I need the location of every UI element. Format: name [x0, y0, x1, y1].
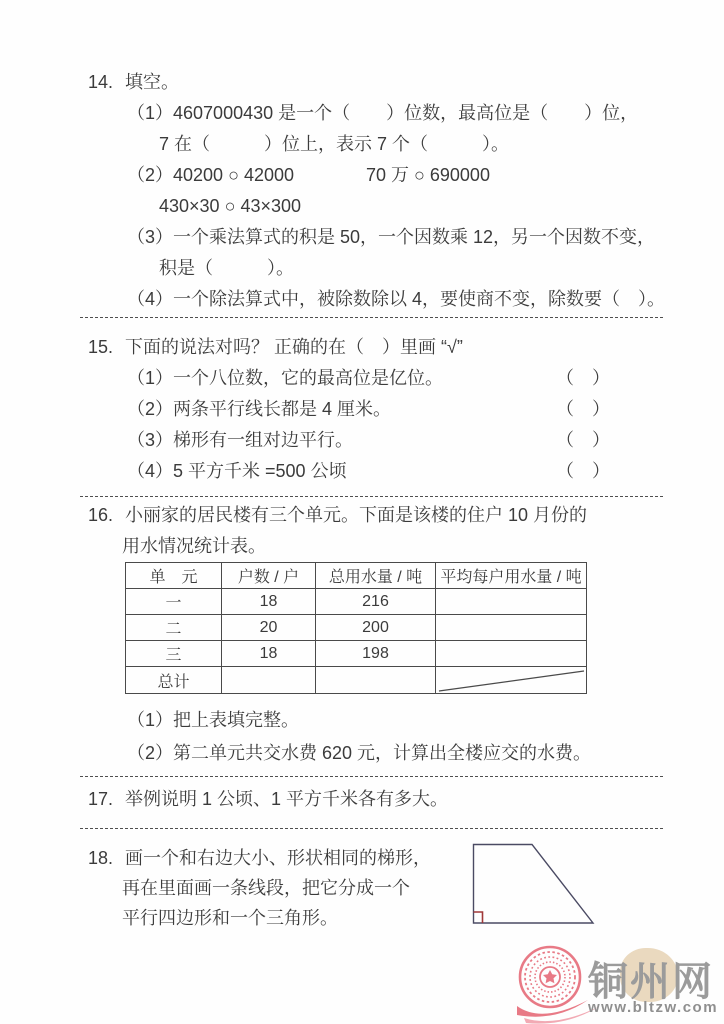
answer-parens: （ ） — [556, 425, 610, 456]
table-header-cell: 总用水量 / 吨 — [316, 563, 436, 589]
q14-line-4: 430×30 ○ 43×300 — [88, 191, 673, 222]
table-header-cell: 户数 / 户 — [222, 563, 316, 589]
question-16: 16. 小丽家的居民楼有三个单元。下面是该楼的住户 10 月份的 用水情况统计表… — [88, 500, 673, 562]
diagonal-line — [436, 667, 586, 693]
q15-item-2: （2）两条平行线长都是 4 厘米。 （ ） — [88, 394, 610, 425]
q14-line-2: 7 在（ ）位上，表示 7 个（ ）。 — [88, 129, 673, 160]
watermark-site-url: www.bltzw.com — [588, 999, 718, 1016]
q18-line-2: 再在里面画一条线段，把它分成一个 — [88, 873, 468, 903]
table-header-cell: 单 元 — [126, 563, 222, 589]
question-title: 举例说明 1 公顷、1 平方千米各有多大。 — [125, 789, 448, 809]
q14-line-3: （2）40200 ○ 42000 70 万 ○ 690000 — [88, 160, 673, 191]
q14-line-5: （3）一个乘法算式的积是 50，一个因数乘 12，另一个因数不变， — [88, 222, 673, 253]
question-15: 15. 下面的说法对吗？ 正确的在（ ）里画 “√” （1）一个八位数，它的最高… — [88, 332, 610, 487]
dotted-divider — [80, 317, 663, 318]
table-cell: 二 — [126, 615, 222, 641]
q15-item-3: （3）梯形有一组对边平行。 （ ） — [88, 425, 610, 456]
table-cell: 一 — [126, 589, 222, 615]
question-title: 填空。 — [125, 72, 179, 92]
question-16-title-line: 16. 小丽家的居民楼有三个单元。下面是该楼的住户 10 月份的 — [88, 500, 673, 531]
worksheet-page: 14. 填空。 （1）4607000430 是一个（ ）位数，最高位是（ ）位，… — [0, 0, 724, 1024]
table-cell: 200 — [316, 615, 436, 641]
answer-parens: （ ） — [556, 394, 610, 425]
answer-parens: （ ） — [556, 456, 610, 487]
question-intro-2: 用水情况统计表。 — [88, 531, 673, 562]
right-angle-mark — [474, 912, 483, 923]
table-cell: 20 — [222, 615, 316, 641]
trapezoid-icon — [472, 843, 596, 927]
table-header-cell: 平均每户用水量 / 吨 — [436, 563, 587, 589]
q16-sub-2: （2）第二单元共交水费 620 元，计算出全楼应交的水费。 — [127, 737, 591, 770]
question-18-title-line: 18. 画一个和右边大小、形状相同的梯形， — [88, 843, 468, 873]
question-intro-1: 小丽家的居民楼有三个单元。下面是该楼的住户 10 月份的 — [125, 505, 587, 525]
q14-line-6: 积是（ ）。 — [88, 253, 673, 284]
table-cell: 18 — [222, 589, 316, 615]
question-17: 17. 举例说明 1 公顷、1 平方千米各有多大。 — [88, 784, 673, 815]
question-16-subitems: （1）把上表填完整。 （2）第二单元共交水费 620 元，计算出全楼应交的水费。 — [127, 704, 591, 770]
trapezoid-figure — [472, 843, 596, 932]
question-14: 14. 填空。 （1）4607000430 是一个（ ）位数，最高位是（ ）位，… — [88, 67, 673, 315]
diagonal-strike-cell — [436, 667, 587, 694]
q15-item-1: （1）一个八位数，它的最高位是亿位。 （ ） — [88, 363, 610, 394]
statement: （4）5 平方千米 =500 公顷 — [127, 456, 556, 487]
question-18: 18. 画一个和右边大小、形状相同的梯形， 再在里面画一条线段，把它分成一个 平… — [88, 843, 468, 933]
q18-line-1: 画一个和右边大小、形状相同的梯形， — [125, 848, 431, 868]
question-number: 18. — [88, 843, 113, 873]
answer-parens: （ ） — [556, 363, 610, 394]
question-15-title-line: 15. 下面的说法对吗？ 正确的在（ ）里画 “√” — [88, 332, 610, 363]
q18-line-3: 平行四边形和一个三角形。 — [88, 903, 468, 933]
table-cell-blank — [222, 667, 316, 694]
q16-sub-1: （1）把上表填完整。 — [127, 704, 591, 737]
q14-line-1: （1）4607000430 是一个（ ）位数，最高位是（ ）位， — [88, 98, 673, 129]
question-number: 14. — [88, 67, 113, 98]
question-number: 17. — [88, 784, 113, 815]
water-usage-table: 单 元 户数 / 户 总用水量 / 吨 平均每户用水量 / 吨 一 18 216… — [125, 562, 587, 694]
table-cell-blank — [436, 641, 587, 667]
question-number: 16. — [88, 500, 113, 531]
table-cell: 216 — [316, 589, 436, 615]
table-header-row: 单 元 户数 / 户 总用水量 / 吨 平均每户用水量 / 吨 — [126, 563, 587, 589]
seal-flower — [543, 970, 557, 983]
dotted-divider — [80, 496, 663, 497]
question-17-title-line: 17. 举例说明 1 公顷、1 平方千米各有多大。 — [88, 784, 673, 815]
question-number: 15. — [88, 332, 113, 363]
table-row: 三 18 198 — [126, 641, 587, 667]
q15-item-4: （4）5 平方千米 =500 公顷 （ ） — [88, 456, 610, 487]
statement: （1）一个八位数，它的最高位是亿位。 — [127, 363, 556, 394]
question-title: 下面的说法对吗？ 正确的在（ ）里画 “√” — [125, 337, 463, 357]
dotted-divider — [80, 828, 663, 829]
statement: （3）梯形有一组对边平行。 — [127, 425, 556, 456]
table-row: 二 20 200 — [126, 615, 587, 641]
q14-line-7: （4）一个除法算式中，被除数除以 4，要使商不变，除数要（ ）。 — [88, 284, 673, 315]
statement: （2）两条平行线长都是 4 厘米。 — [127, 394, 556, 425]
table-cell: 总计 — [126, 667, 222, 694]
table-cell: 三 — [126, 641, 222, 667]
table-row-totals: 总计 — [126, 667, 587, 694]
table-cell-blank — [436, 589, 587, 615]
table-cell-blank — [316, 667, 436, 694]
table-cell-blank — [436, 615, 587, 641]
question-14-title-line: 14. 填空。 — [88, 67, 673, 98]
dotted-divider — [80, 776, 663, 777]
table: 单 元 户数 / 户 总用水量 / 吨 平均每户用水量 / 吨 一 18 216… — [125, 562, 587, 694]
table-cell: 198 — [316, 641, 436, 667]
table-cell: 18 — [222, 641, 316, 667]
table-row: 一 18 216 — [126, 589, 587, 615]
